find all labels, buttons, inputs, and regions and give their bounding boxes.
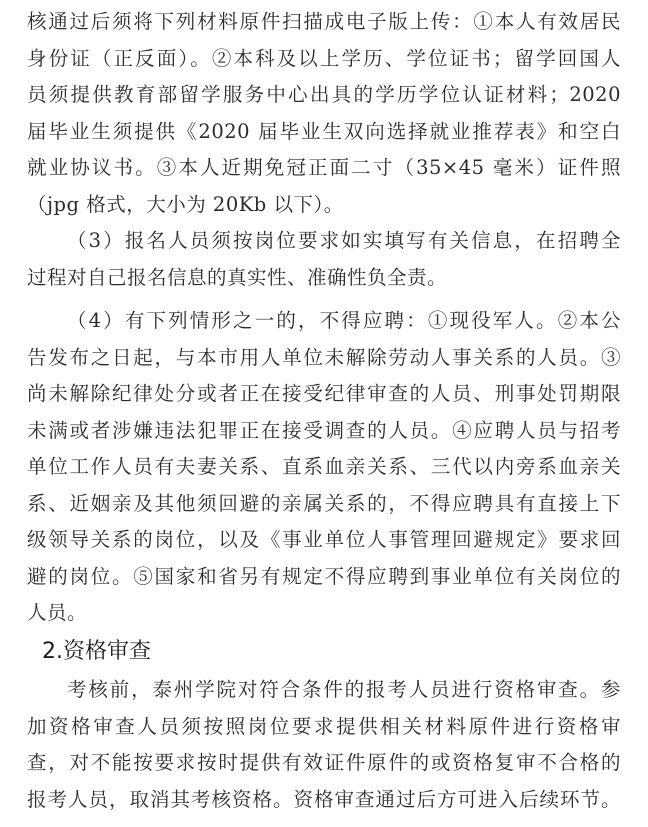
text-line: 告发布之日起，与本市用人单位未解除劳动人事关系的人员。③ [27,343,621,373]
text-line: 未满或者涉嫌违法犯罪正在接受调查的人员。④应聘人员与招考 [27,416,621,446]
text-line: 避的岗位。⑤国家和省另有规定不得应聘到事业单位有关岗位的 [27,562,621,592]
text-line: 报考人员，取消其考核资格。资格审查通过后方可进入后续环节。 [27,785,621,815]
text-line: （3）报名人员须按岗位要求如实填写有关信息，在招聘全 [67,226,621,256]
text-line: 查，对不能按要求按时提供有效证件原件的或资格复审不合格的 [27,748,621,778]
section-heading: 2.资格审查 [42,637,151,667]
text-line: 单位工作人员有夫妻关系、直系血亲关系、三代以内旁系血亲关 [27,452,621,482]
text-line: 过程对自己报名信息的真实性、准确性负全责。 [27,263,447,293]
text-line: （jpg 格式，大小为 20Kb 以下）。 [27,190,344,220]
text-line: 身份证（正反面）。②本科及以上学历、学位证书；留学回国人 [27,44,621,74]
text-line: 系、近姻亲及其他须回避的亲属关系的，不得应聘具有直接上下 [27,489,621,519]
text-line: 考核前，泰州学院对符合条件的报考人员进行资格审查。参 [67,675,621,705]
text-line: 员须提供教育部留学服务中心出具的学历学位认证材料；2020 [27,80,621,110]
text-line: （4）有下列情形之一的，不得应聘：①现役军人。②本公 [67,306,621,336]
text-line: 届毕业生须提供《2020 届毕业生双向选择就业推荐表》和空白 [27,117,621,147]
text-line: 级领导关系的岗位，以及《事业单位人事管理回避规定》要求回 [27,525,621,555]
text-line: 就业协议书。③本人近期免冠正面二寸（35×45 毫米）证件照 [27,153,621,183]
text-line: 核通过后须将下列材料原件扫描成电子版上传：①本人有效居民 [27,7,621,37]
text-line: 尚未解除纪律处分或者正在接受纪律审查的人员、刑事处罚期限 [27,379,621,409]
text-line: 人员。 [27,598,87,628]
text-line: 加资格审查人员须按照岗位要求提供相关材料原件进行资格审 [27,712,621,742]
